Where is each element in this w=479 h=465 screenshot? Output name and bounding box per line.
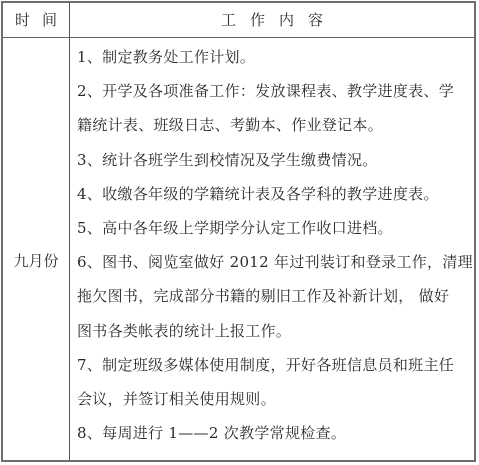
- content-line: 7、制定班级多媒体使用制度，开好各班信息员和班主任: [77, 348, 468, 382]
- header-divider: [3, 37, 474, 38]
- content-line: 拖欠图书，完成部分书籍的剔旧工作及补新计划， 做好: [77, 279, 468, 313]
- content-line: 1、制定教务处工作计划。: [77, 40, 468, 74]
- content-line: 3、统计各班学生到校情况及学生缴费情况。: [77, 143, 468, 177]
- work-plan-table: 时间 工作内容 九月份 1、制定教务处工作计划。 2、开学及各项准备工作：发放课…: [1, 1, 476, 462]
- header-time: 时间: [3, 3, 69, 37]
- content-line: 2、开学及各项准备工作：发放课程表、教学进度表、学: [77, 74, 468, 108]
- content-line: 4、收缴各年级的学籍统计表及各学科的教学进度表。: [77, 177, 468, 211]
- row-time-cell: 九月份: [3, 38, 69, 462]
- content-line: 图书各类帐表的统计上报工作。: [77, 314, 468, 348]
- content-line: 6、图书、阅览室做好 2012 年过刊装订和登录工作，清理: [77, 245, 468, 279]
- row-content-cell: 1、制定教务处工作计划。 2、开学及各项准备工作：发放课程表、教学进度表、学 籍…: [77, 40, 468, 450]
- content-line: 8、每周进行 1——2 次教学常规检查。: [77, 416, 468, 450]
- content-line: 会议，并签订相关使用规则。: [77, 382, 468, 416]
- content-line: 籍统计表、班级日志、考勤本、作业登记本。: [77, 108, 468, 142]
- column-divider: [69, 3, 70, 460]
- header-content: 工作内容: [70, 3, 474, 37]
- content-line: 5、高中各年级上学期学分认定工作收口进档。: [77, 211, 468, 245]
